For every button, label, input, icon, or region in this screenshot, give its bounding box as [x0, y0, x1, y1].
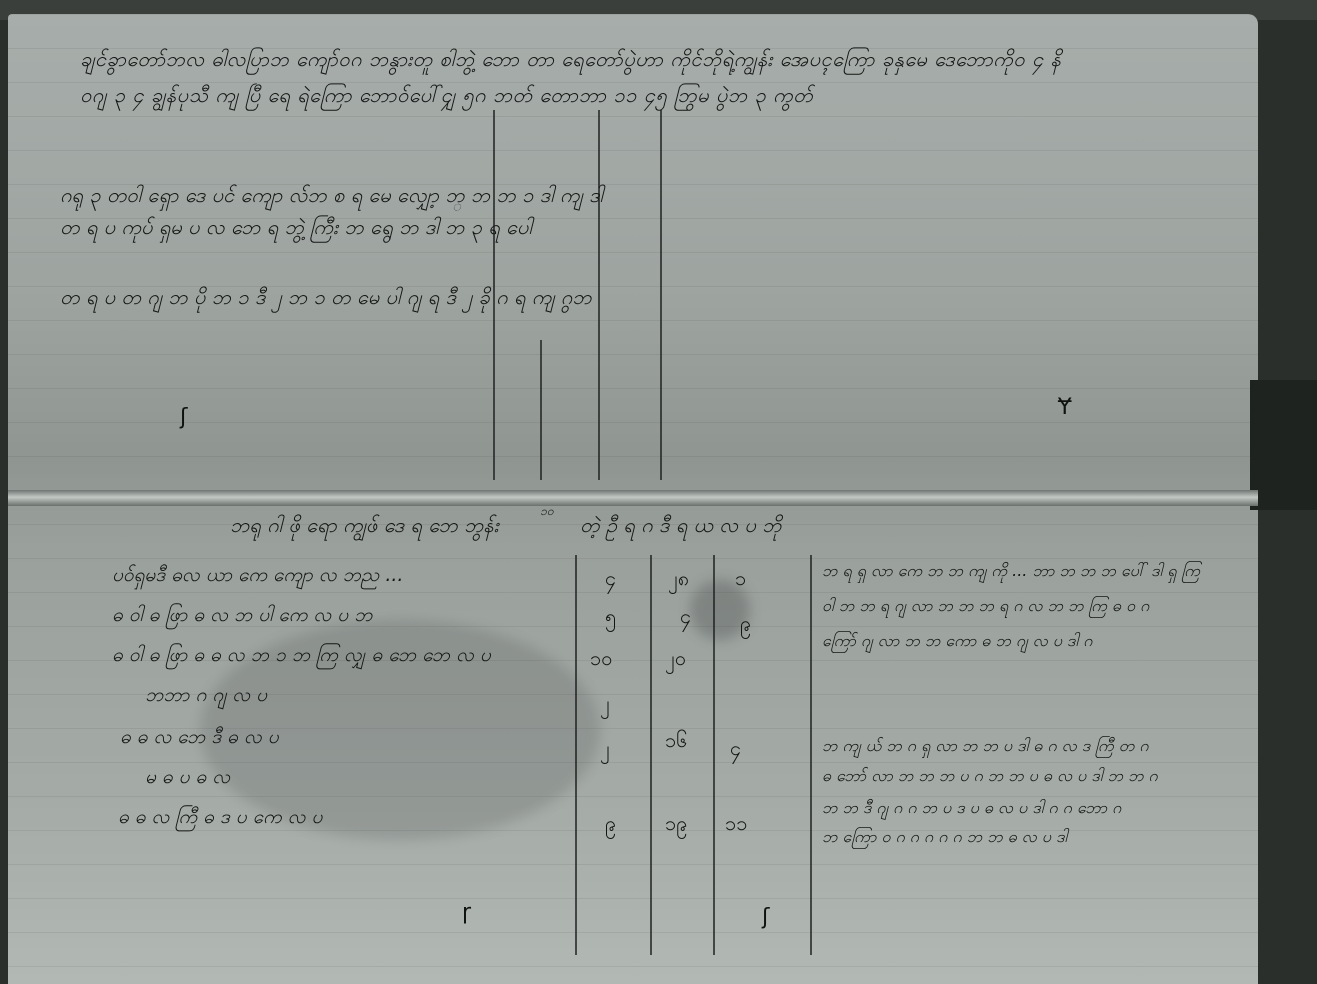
table-row-label: ဓ ဓ လ ကြီ ဓ ဒ ပ ကေ လ ပ	[118, 805, 322, 833]
table-row-label: ပဝ်ရှမဒီ ဓလ ယာ ကေ ကျော လ ဘည ...	[112, 563, 403, 591]
note-line: ဘ ဘ ဒီ ဂျ ဂ ဂ ဘ ပ ဒ ပ ဓ လ ပ ဒါ ဂ ဂ ဘော ဂ	[822, 797, 1121, 821]
table-cell: ၉	[605, 810, 616, 840]
table-cell: ၂	[600, 690, 610, 720]
table-column-line	[650, 555, 652, 955]
note-line: ဝါ ဘ ဘ ရ ဂျ လာ ဘ ဘ ဘ ရ ဂ လ ဘ ဘ ကြ ဓ ဝ ဂ	[822, 595, 1149, 619]
note-line: ဓ ဘော် လာ ဘ ဘ ဘ ပ ဂ ဘ ဘ ပ ဓ လ ပ ဒါ ဘ ဘ ဂ	[822, 765, 1158, 789]
header-line-2: ဝဂျ ၃ ၄ ချွန်ပုသီ ကျ ပြီ ရေ ရဲကြော ဘောဝ်…	[80, 82, 813, 112]
note-line: ဘ ကျ ယ် ဘ ဂ ရှ လာ ဘ ဘ ပ ဒါ ဓ ဂ လ ဒ ကြီ တ…	[822, 735, 1149, 759]
table-column-line	[713, 555, 715, 955]
header-mark: ၁၀	[540, 503, 554, 521]
table-row-label: ဓ ဝါ ဓ ဖြာ ဓ ဓ လ ဘ ၁ ဘ ကြ လျှ ဓ ဘေ ဘေ လ …	[112, 643, 491, 671]
ruling-line	[598, 110, 600, 480]
note-line: ဘ ကြော ဝ ဂ ဂ ဂ ဂ ဂ ဘ ဘ ဓ လ ပ ဒါ	[822, 826, 1067, 850]
ink-mark: ɼ	[462, 900, 471, 925]
ruling-line	[660, 110, 662, 480]
table-cell: ၉	[740, 610, 751, 640]
ink-mark: Ɏ	[1058, 395, 1071, 420]
table-row-label: ဓ ဝါ ဓ ဖြာ ဓ လ ဘ ပါ ကေ လ ပ ဘ	[112, 603, 372, 631]
table-cell: ၄	[730, 735, 741, 765]
table-header-left: ဘရု ဂါ ဖို ရော ကျွဖ် ဒေ ရ ဘေ ဘွန်း	[230, 512, 499, 542]
ink-mark: ʃ	[180, 405, 187, 430]
table-header-right: တဲ့ ဦ ရ ဂ ဒီ ရ ယ လ ပ ဘို	[580, 512, 781, 542]
table-column-line	[575, 555, 577, 955]
table-cell: ၁၀	[590, 645, 613, 675]
table-row-label: ဘဘာ ဂ ဂျ လ ပ	[145, 683, 267, 711]
note-line: ကြော် ဂျ လာ ဘ ဘ ကော ဓ ဘ ဂျ လ ပ ဒါ ဂ	[822, 630, 1092, 654]
ink-mark: ʃ	[762, 905, 769, 930]
table-cell: ၂	[600, 735, 610, 765]
table-row-label: မ ဓ ပ ဓ လ	[145, 765, 230, 793]
table-cell: ၄	[605, 565, 616, 595]
fold-crease	[8, 490, 1258, 506]
header-line-1: ချင်ခွာတော်ဘလ ဓါလပြာဘ ကျော်ဝဂ ဘနွားတူ စါ…	[80, 46, 1061, 76]
table-cell: ၁၁	[725, 810, 748, 840]
table-cell: ၁၉	[665, 810, 688, 840]
paragraph-line-2: တ ရ ပ ကုပ် ရှမ ပ လ ဘေ ရ ဘွဲ့ ကြီး ဘ ရွေ …	[60, 214, 532, 244]
paragraph-line-1: ဂရု ၃ တဝါ ရှော ဒေ ပင် ကျော လ်ဘ စ ရ မေ လျ…	[60, 182, 603, 212]
table-cell: ၅	[605, 603, 616, 633]
table-cell: ၁	[735, 565, 746, 595]
ruling-line	[540, 340, 542, 480]
table-cell: ၄	[680, 603, 691, 633]
paragraph-line-3: တ ရ ပ တ ဂျ ဘ ပို ဘ ၁ ဒီ ၂ ဘ ၁ တ မေ ပါ ဂျ…	[60, 284, 591, 314]
table-cell: ၂၈	[668, 565, 689, 595]
photo-background-right	[1250, 380, 1317, 510]
table-cell: ၁၆	[665, 727, 688, 757]
table-row-label: ဓ ဓ လ ဘေ ဒီ ဓ လ ပ	[120, 725, 279, 753]
table-column-line	[810, 555, 812, 955]
note-line: ဘ ရ ရှ လာ ကေ ဘ ဘ ကျ ကို ... ဘာ ဘ ဘ ဘ ပေါ…	[822, 560, 1200, 584]
table-cell: ၂၀	[665, 645, 686, 675]
